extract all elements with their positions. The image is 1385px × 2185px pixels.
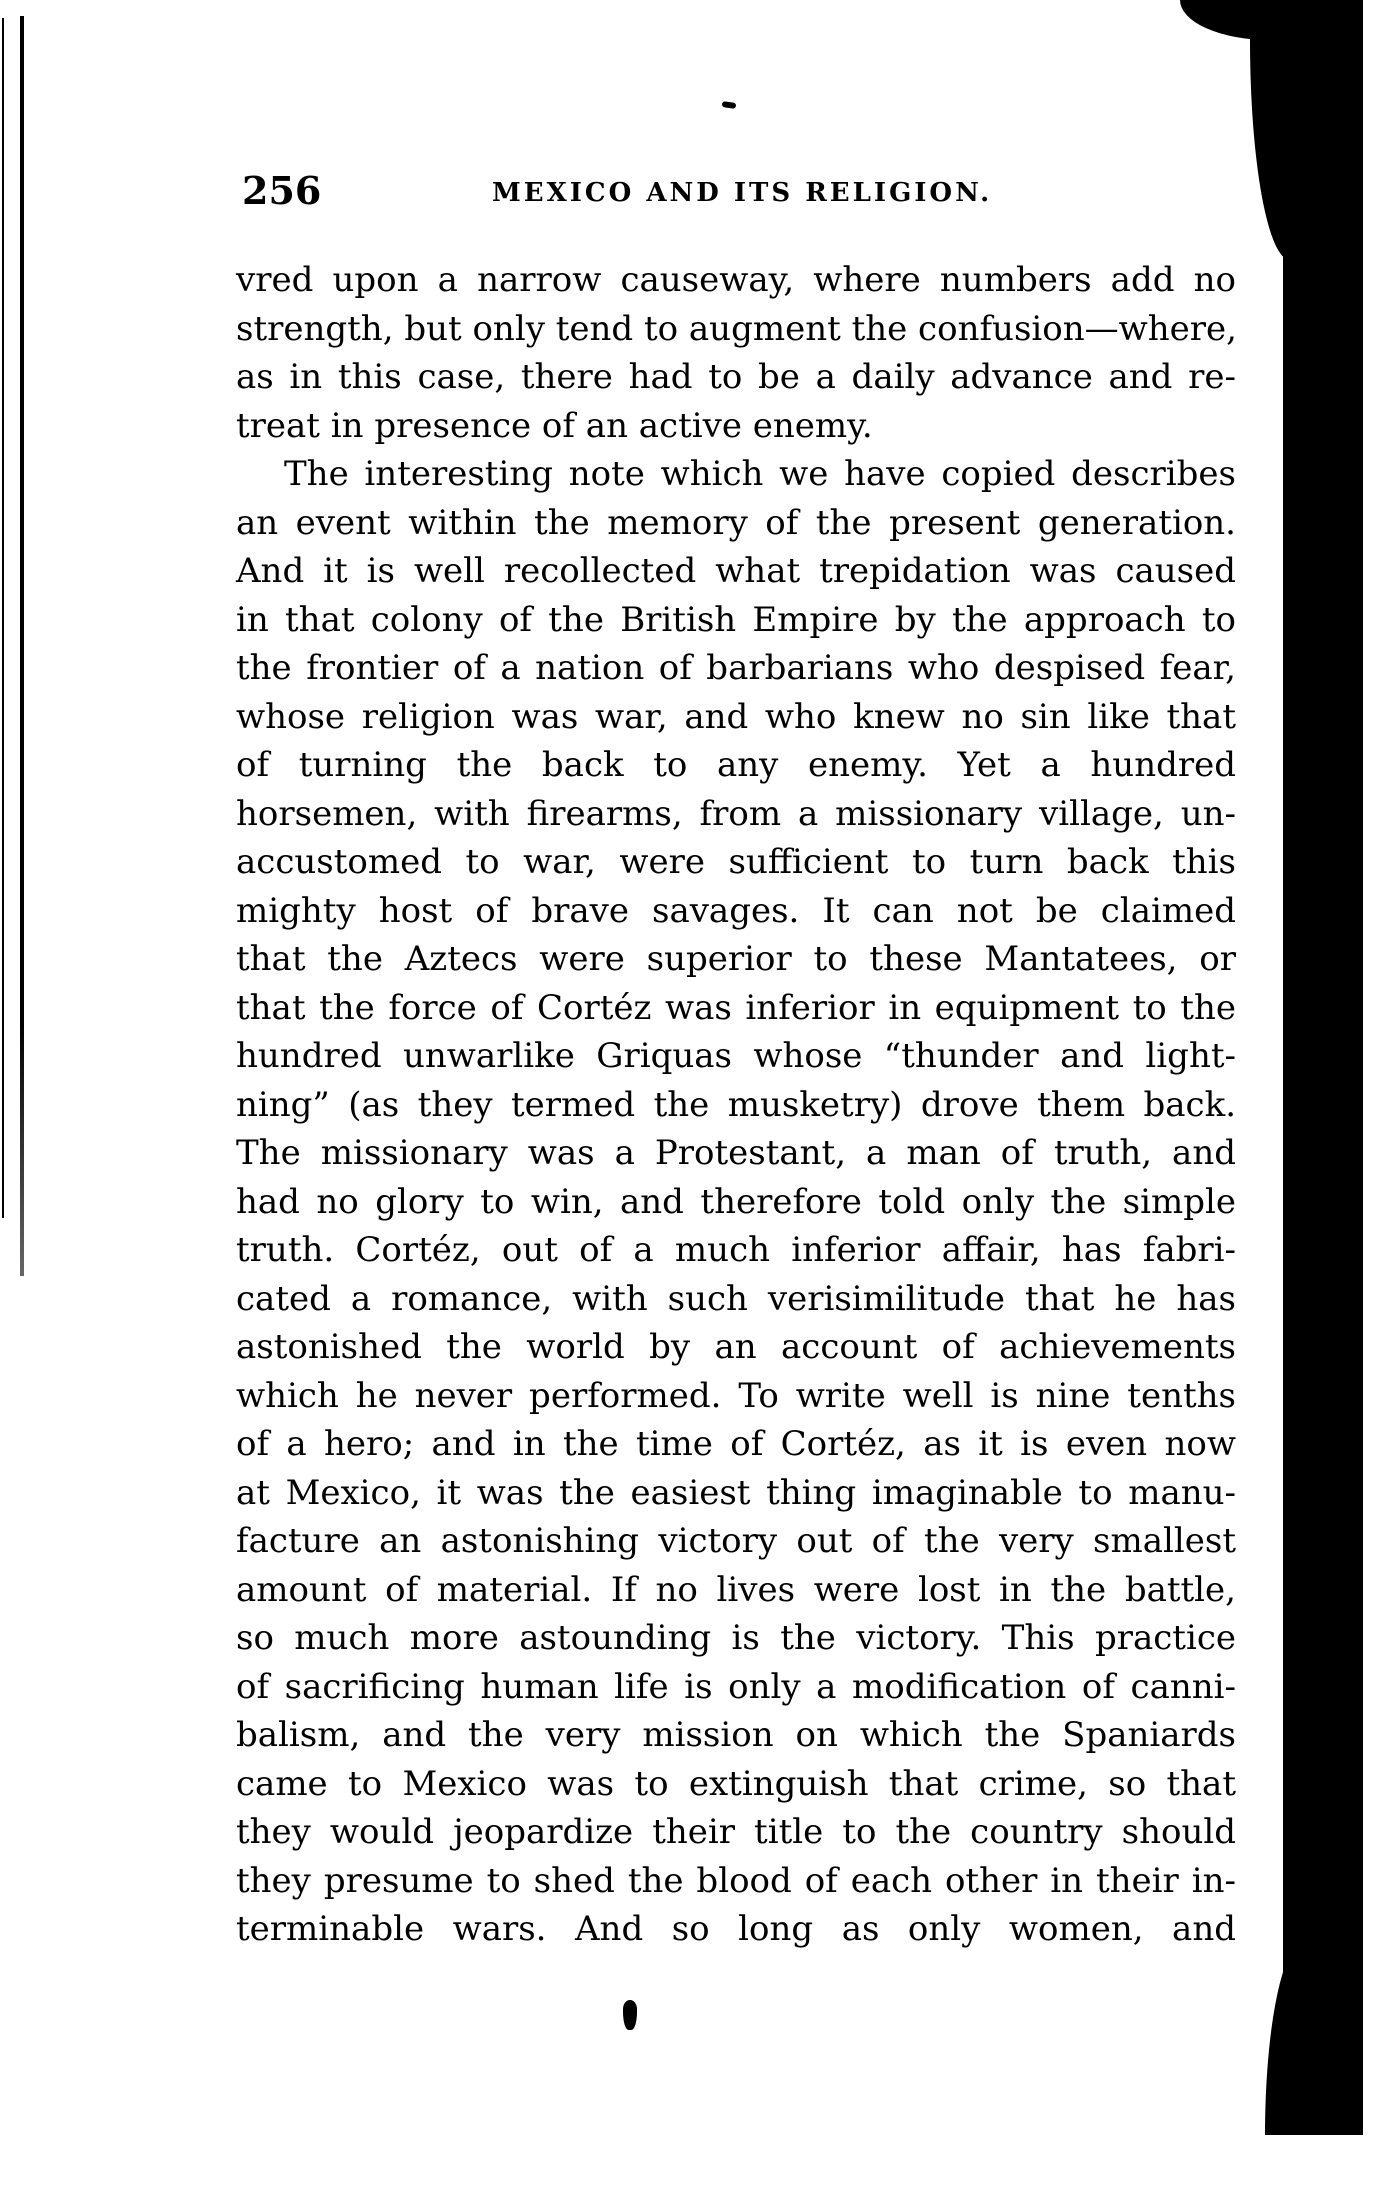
- text-line: mighty host of brave savages. It can not…: [236, 887, 1236, 936]
- text-line: The interesting note which we have copie…: [236, 450, 1236, 499]
- text-line: that the Aztecs were superior to these M…: [236, 935, 1236, 984]
- text-line: which he never performed. To write well …: [236, 1372, 1236, 1421]
- text-line: of sacrificing human life is only a modi…: [236, 1663, 1236, 1712]
- text-line: truth. Cortéz, out of a much inferior af…: [236, 1226, 1236, 1275]
- text-line: they presume to shed the blood of each o…: [236, 1857, 1236, 1906]
- scan-edge-left-thin: [2, 18, 4, 1218]
- text-line: amount of material. If no lives were los…: [236, 1566, 1236, 1615]
- text-line: in that colony of the British Empire by …: [236, 596, 1236, 645]
- page-number: 256: [242, 168, 321, 213]
- ink-speck-top: [722, 101, 737, 109]
- text-line: as in this case, there had to be a daily…: [236, 353, 1236, 402]
- text-line: had no glory to win, and therefore told …: [236, 1178, 1236, 1227]
- text-line: terminable wars. And so long as only wom…: [236, 1905, 1236, 1954]
- text-line: treat in presence of an active enemy.: [236, 402, 1236, 451]
- text-line: at Mexico, it was the easiest thing imag…: [236, 1469, 1236, 1518]
- text-line: hundred unwarlike Griquas whose “thunder…: [236, 1032, 1236, 1081]
- text-line: so much more astounding is the victory. …: [236, 1614, 1236, 1663]
- text-line: an event within the memory of the presen…: [236, 499, 1236, 548]
- text-line: balism, and the very mission on which th…: [236, 1711, 1236, 1760]
- text-line: they would jeopardize their title to the…: [236, 1808, 1236, 1857]
- book-page: 256 MEXICO AND ITS RELIGION. vred upon a…: [236, 168, 1236, 218]
- scan-edge-right-curve: [1250, 30, 1300, 260]
- text-line: And it is well recollected what trepidat…: [236, 547, 1236, 596]
- scan-edge-left-thick: [20, 16, 24, 1276]
- text-line: the frontier of a nation of barbarians w…: [236, 644, 1236, 693]
- text-line: came to Mexico was to extinguish that cr…: [236, 1760, 1236, 1809]
- body-text: vred upon a narrow causeway, where numbe…: [236, 256, 1236, 1954]
- ink-blob-bottom: [623, 2000, 637, 2030]
- text-line: of turning the back to any enemy. Yet a …: [236, 741, 1236, 790]
- text-line: facture an astonishing victory out of th…: [236, 1517, 1236, 1566]
- text-line: vred upon a narrow causeway, where numbe…: [236, 256, 1236, 305]
- text-line: horsemen, with firearms, from a missiona…: [236, 790, 1236, 839]
- text-line: strength, but only tend to augment the c…: [236, 305, 1236, 354]
- text-line: that the force of Cortéz was inferior in…: [236, 984, 1236, 1033]
- scan-edge-right-bottom: [1265, 1940, 1305, 2135]
- text-line: cated a romance, with such verisimilitud…: [236, 1275, 1236, 1324]
- text-line: accustomed to war, were sufficient to tu…: [236, 838, 1236, 887]
- scan-edge-right-shadow: [1283, 0, 1363, 2135]
- running-head: 256 MEXICO AND ITS RELIGION.: [236, 168, 1236, 218]
- text-line: ning” (as they termed the musketry) drov…: [236, 1081, 1236, 1130]
- running-title: MEXICO AND ITS RELIGION.: [492, 178, 992, 208]
- text-line: whose religion was war, and who knew no …: [236, 693, 1236, 742]
- text-line: The missionary was a Protestant, a man o…: [236, 1129, 1236, 1178]
- text-line: of a hero; and in the time of Cortéz, as…: [236, 1420, 1236, 1469]
- text-line: astonished the world by an account of ac…: [236, 1323, 1236, 1372]
